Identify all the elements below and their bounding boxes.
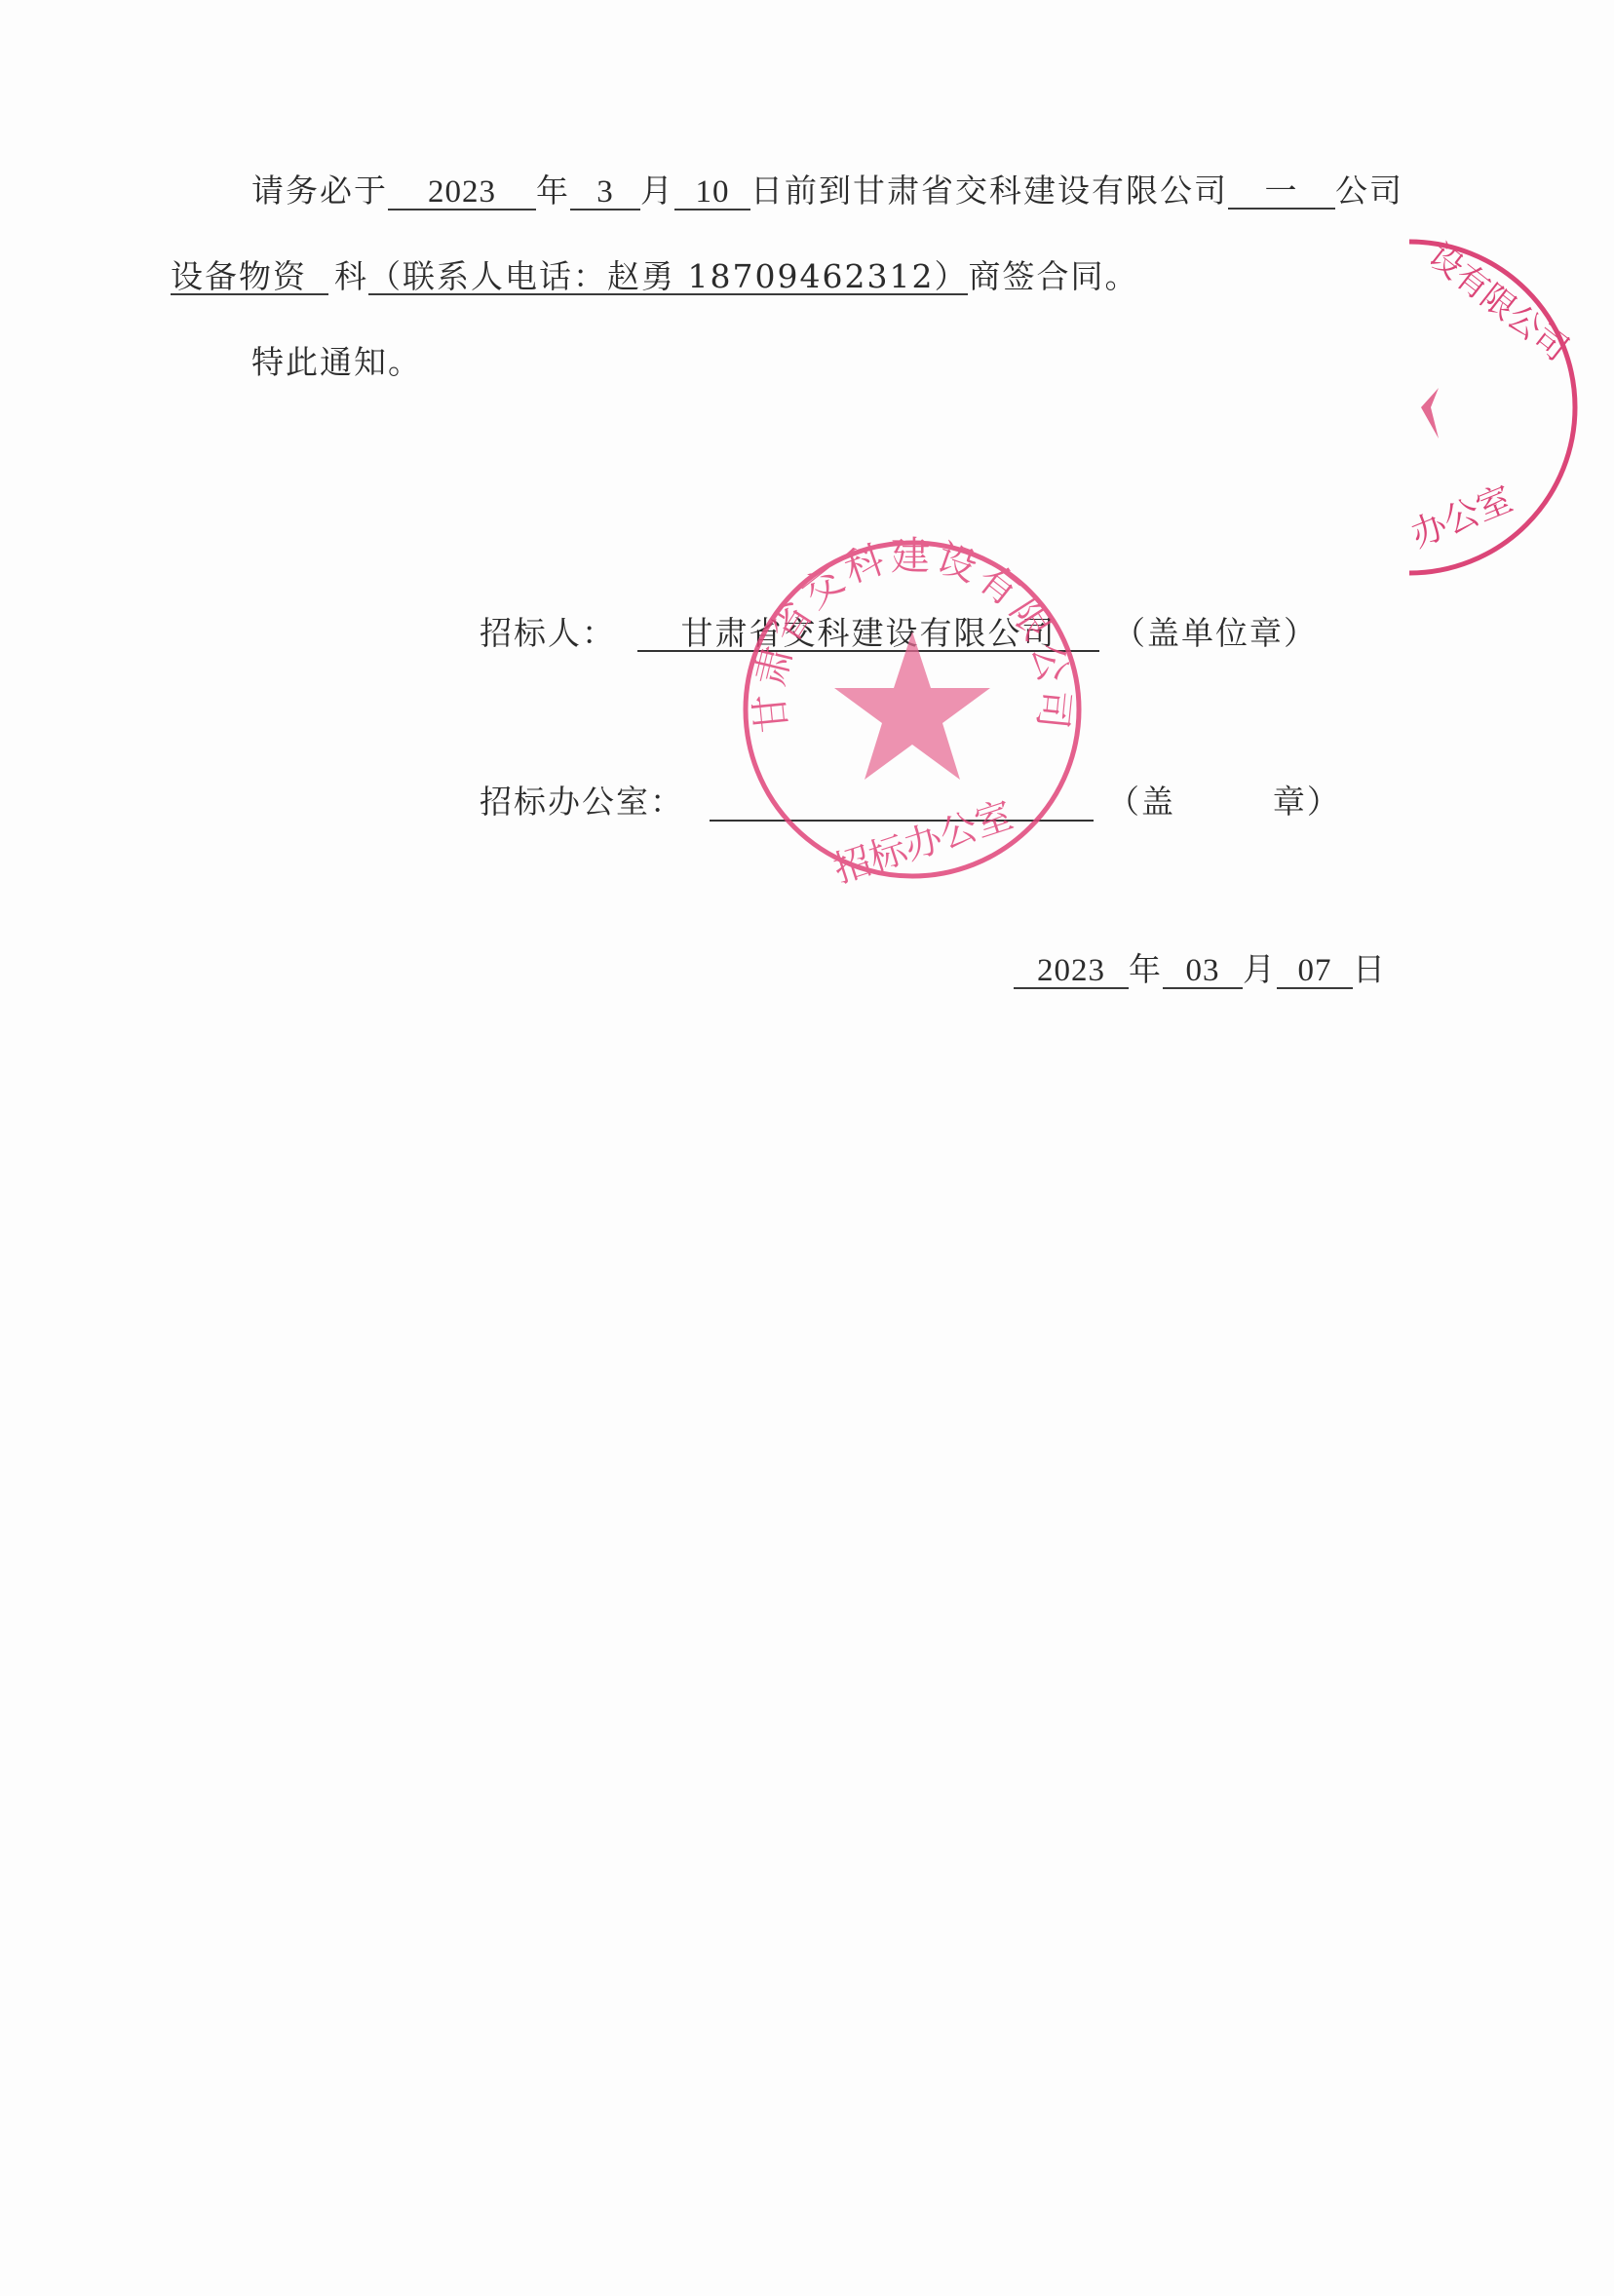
date-year: 2023: [1014, 954, 1129, 989]
tenderer-label: 招标人：: [480, 614, 616, 652]
notice-line-2: 设备物资科（联系人电话：赵勇 18709462312）商签合同。: [171, 257, 1138, 296]
office-row: 招标办公室：（盖 章）: [480, 783, 1341, 822]
star-fragment-icon: [1421, 388, 1439, 439]
date-day-unit: 日: [1353, 950, 1387, 988]
closing-text: 特此通知。: [251, 343, 422, 382]
tenderer-seal-note: （盖单位章）: [1113, 614, 1318, 652]
edge-seal-top-text: 设有限公司: [1421, 236, 1576, 368]
deadline-month: 3: [570, 175, 640, 210]
tenderer-name: 甘肃省交科建设有限公司: [637, 617, 1099, 652]
deadline-year: 2023: [388, 175, 536, 210]
seal-ring: [746, 543, 1079, 876]
date-year-unit: 年: [1129, 950, 1163, 988]
tenderer-row: 招标人：甘肃省交科建设有限公司（盖单位章）: [480, 614, 1318, 653]
edge-seal-bottom-text: 办公室: [1409, 479, 1518, 555]
contact-info: （联系人电话：赵勇 18709462312）: [368, 260, 968, 295]
edge-seal: 设有限公司 办公室: [1409, 234, 1614, 585]
branch-suffix: 公司: [1335, 172, 1403, 210]
month-unit: 月: [640, 172, 674, 210]
date-day: 07: [1277, 954, 1353, 989]
company-seal: 甘肃省交科建设有限公司 招标办公室: [737, 534, 1088, 885]
date-month: 03: [1163, 954, 1243, 989]
star-icon: [834, 631, 990, 780]
department-name: 设备物资: [171, 260, 328, 295]
branch-number: 一: [1228, 174, 1335, 210]
day-unit-company: 日前到甘肃省交科建设有限公司: [750, 172, 1228, 210]
year-unit: 年: [536, 172, 570, 210]
notice-prefix: 请务必于: [251, 172, 388, 210]
deadline-day: 10: [674, 175, 750, 210]
office-seal-note: （盖 章）: [1107, 783, 1341, 821]
office-label: 招标办公室：: [480, 783, 684, 821]
notice-line-1: 请务必于2023年3月10日前到甘肃省交科建设有限公司一公司: [251, 172, 1403, 210]
issue-date: 2023年03月07日: [1014, 950, 1387, 989]
office-signature-field: [710, 786, 1094, 822]
line2-suffix: 商签合同。: [968, 257, 1138, 295]
edge-seal-ring: [1409, 242, 1575, 573]
department-suffix: 科: [334, 257, 368, 295]
date-month-unit: 月: [1243, 950, 1277, 988]
